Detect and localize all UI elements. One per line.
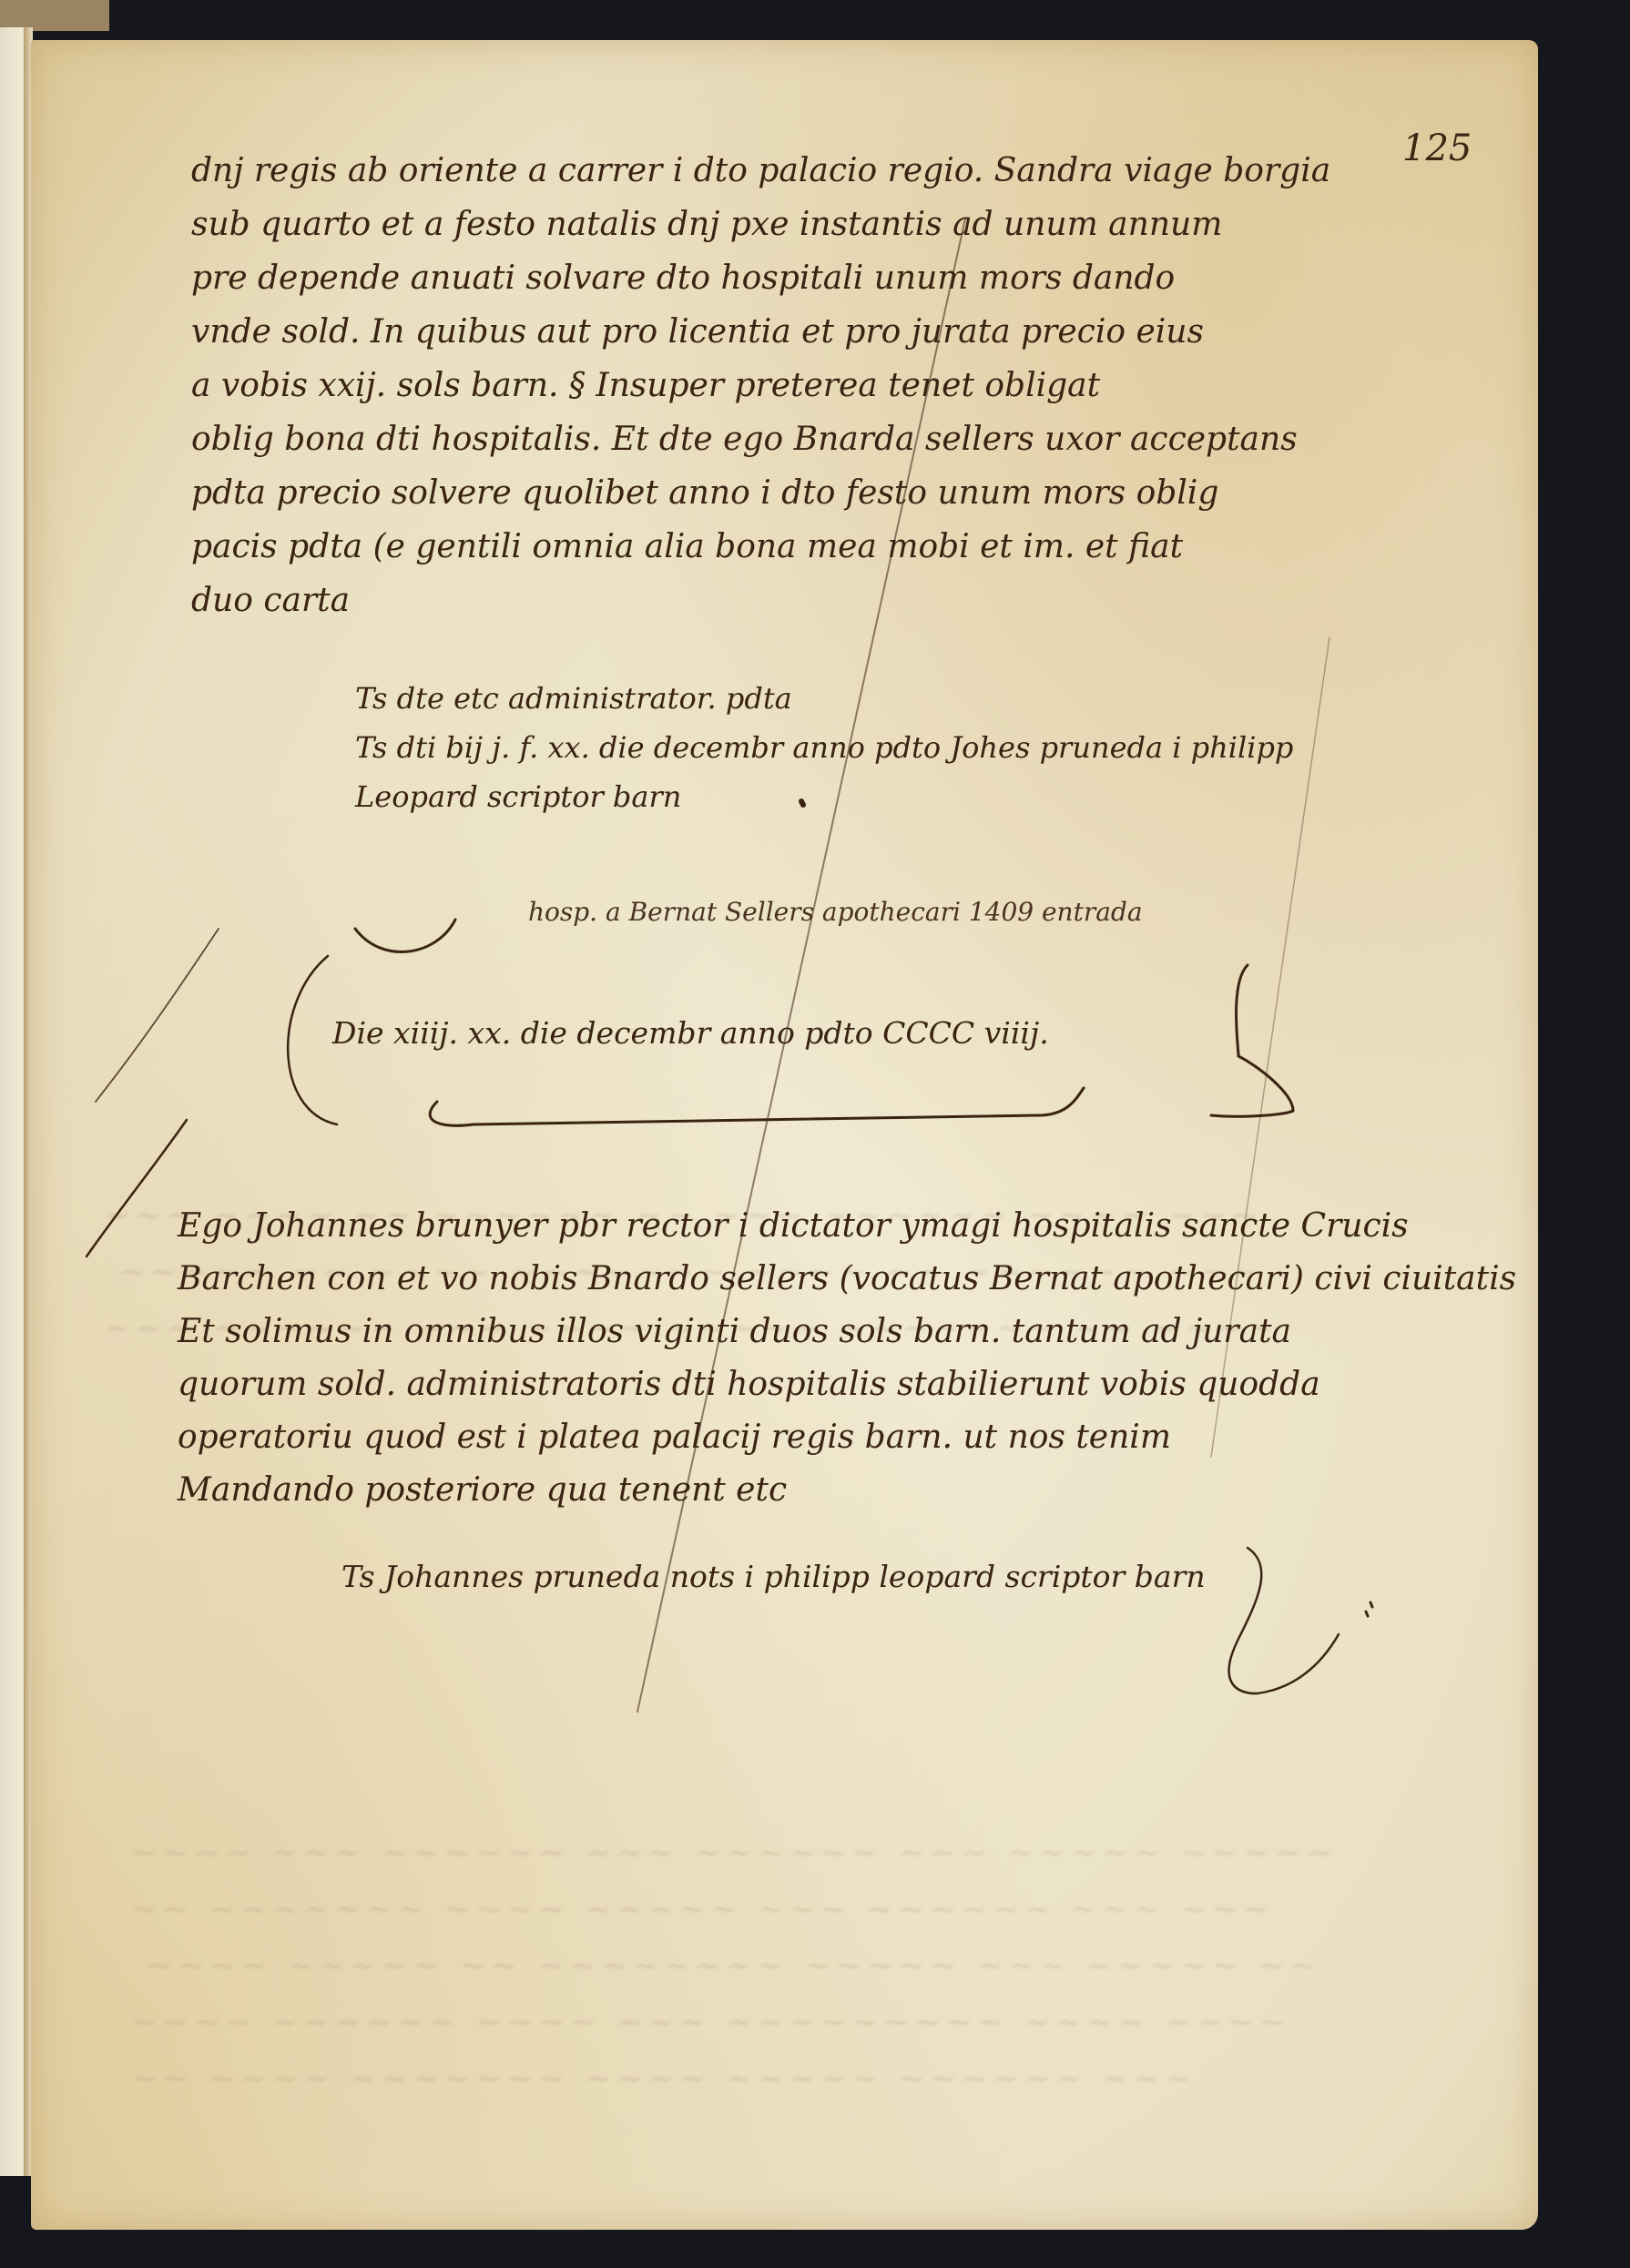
bracket-flourish-icon xyxy=(0,0,1630,2268)
